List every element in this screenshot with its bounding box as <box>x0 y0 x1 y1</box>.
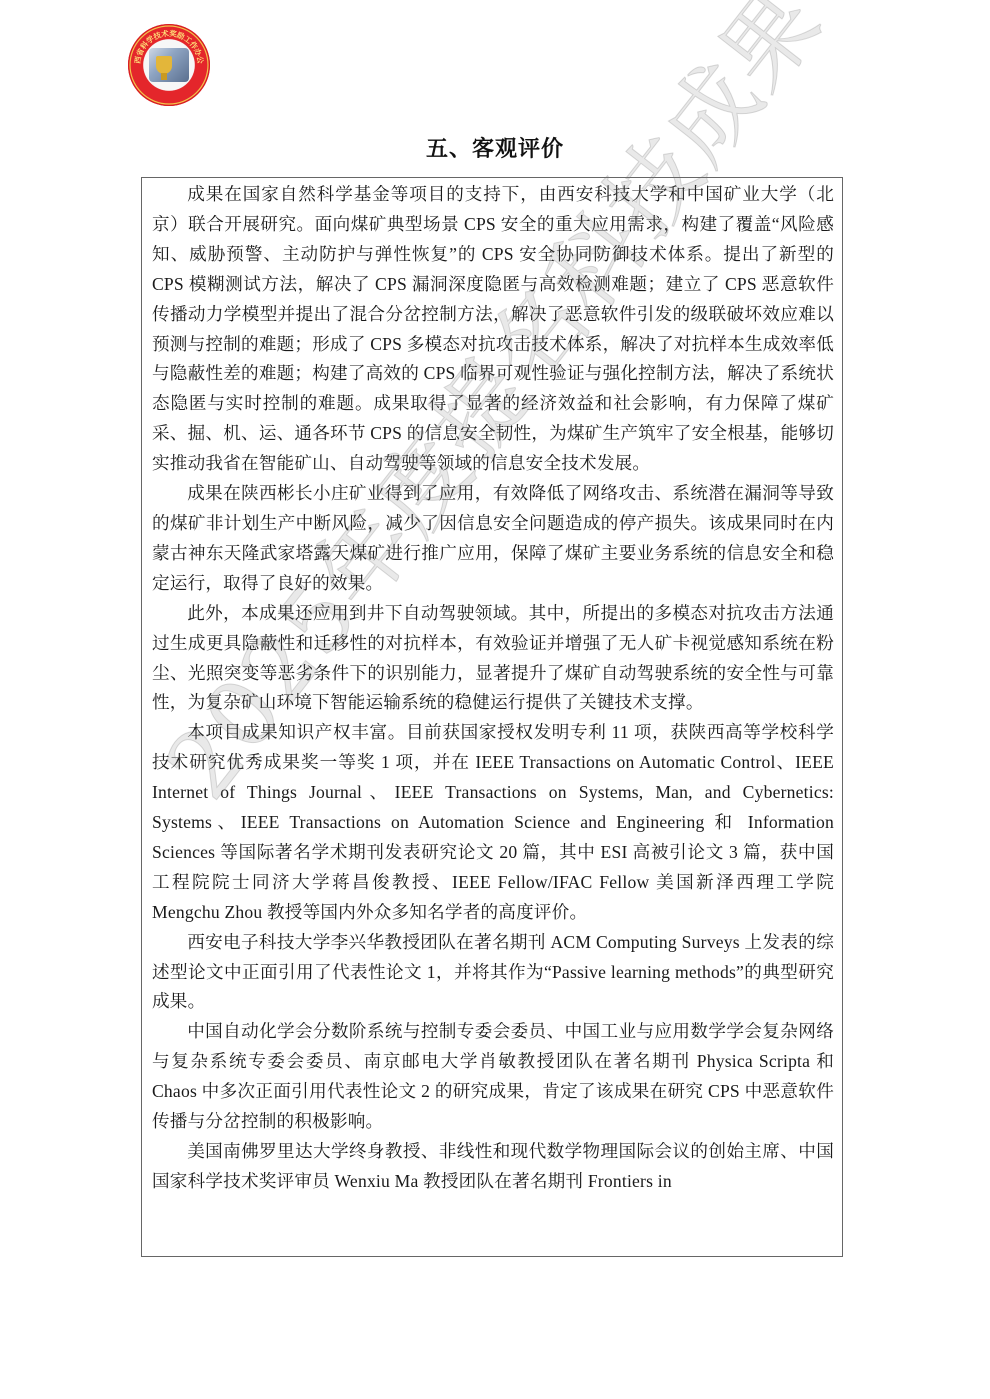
paragraph-application: 成果在陕西彬长小庄矿业得到了应用，有效降低了网络攻击、系统潜在漏洞等导致的煤矿非… <box>152 479 834 599</box>
paragraph-autonomous-driving: 此外，本成果还应用到井下自动驾驶领域。其中，所提出的多模态对抗攻击方法通过生成更… <box>152 599 834 719</box>
evaluation-text-box: 成果在国家自然科学基金等项目的支持下，由西安科技大学和中国矿业大学（北京）联合开… <box>141 177 843 1257</box>
paragraph-ip-publications: 本项目成果知识产权丰富。目前获国家授权发明专利 11 项，获陕西高等学校科学技术… <box>152 718 834 927</box>
award-office-seal-logo: 陕西省科学技术奖励工作办公室 <box>128 24 210 106</box>
paragraph-citation-xidian: 西安电子科技大学李兴华教授团队在著名期刊 ACM Computing Surve… <box>152 928 834 1018</box>
paragraph-citation-usf: 美国南佛罗里达大学终身教授、非线性和现代数学物理国际会议的创始主席、中国国家科学… <box>152 1137 834 1197</box>
paragraph-citation-njupt: 中国自动化学会分数阶系统与控制专委会委员、中国工业与应用数学学会复杂网络与复杂系… <box>152 1017 834 1137</box>
section-title: 五、客观评价 <box>0 132 990 163</box>
paragraph-overview: 成果在国家自然科学基金等项目的支持下，由西安科技大学和中国矿业大学（北京）联合开… <box>152 180 834 479</box>
seal-emblem-icon <box>149 48 189 82</box>
